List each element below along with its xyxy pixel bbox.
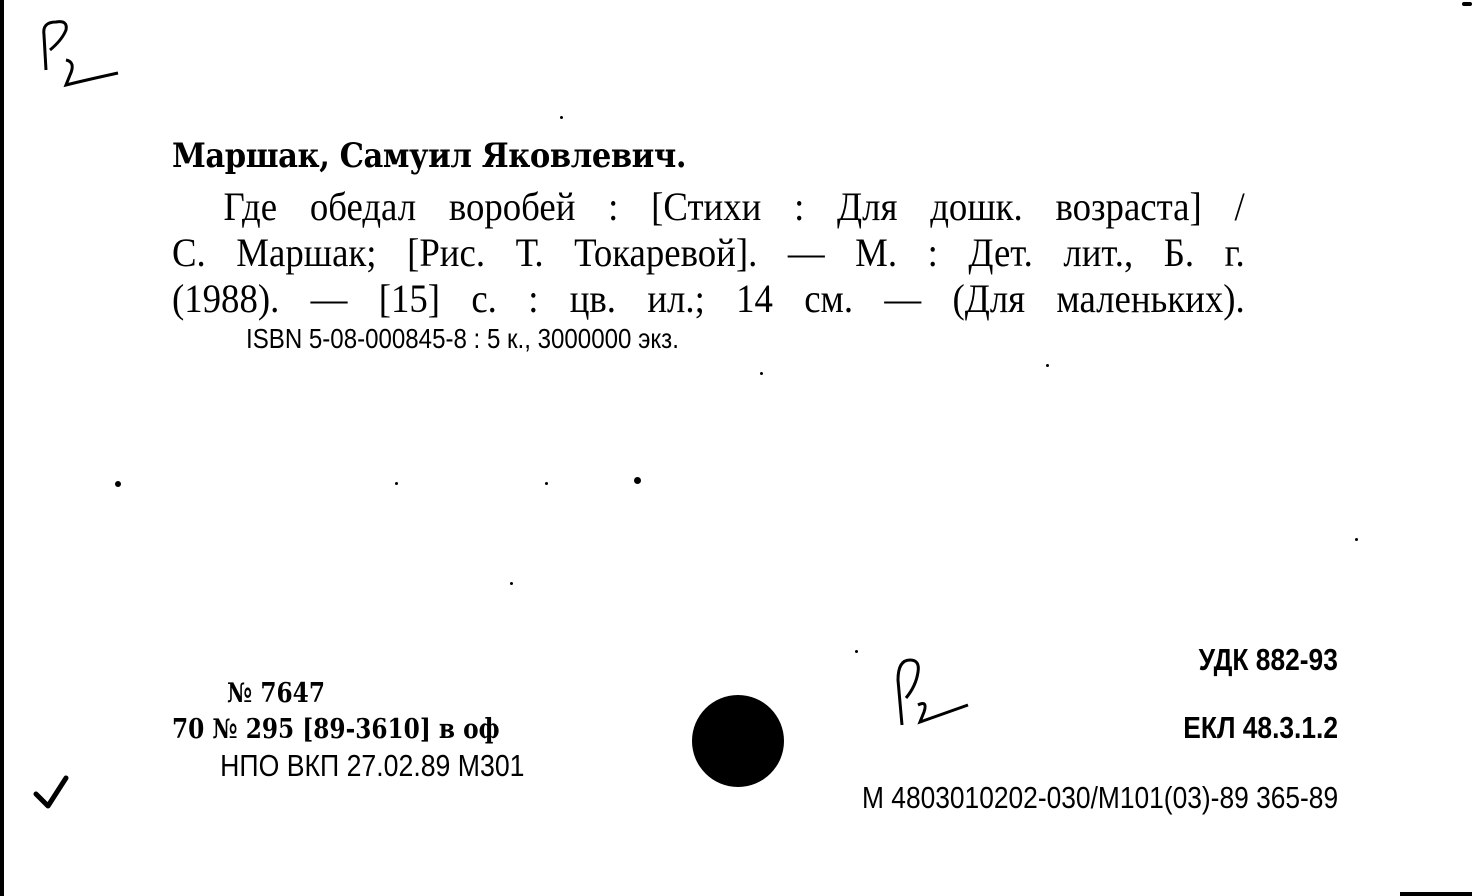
speck [560,116,563,119]
number-line: № 7647 [172,676,524,712]
card-left-edge [0,0,4,896]
description-line: С. Маршак; [Рис. Т. Токаревой]. — М. : Д… [172,230,1245,276]
speck [545,482,548,485]
speck [115,481,121,487]
bibliographic-description: Где обедал воробей : [Стихи : Для дошк. … [172,184,1245,322]
speck [1046,364,1049,367]
card-bottom-edge [1400,892,1472,896]
punch-hole-stamp [692,695,784,787]
description-line: Где обедал воробей : [Стихи : Для дошк. … [172,184,1245,230]
publication-block: № 7647 70 № 295 [89-3610] в оф НПО ВКП 2… [172,676,524,784]
author-heading: Маршак, Самуил Яковлевич. [172,136,686,176]
printer-line: НПО ВКП 27.02.89 М301 [172,748,524,784]
speck [760,372,763,375]
speck [1355,538,1358,541]
speck [395,482,398,485]
handwritten-mark-bottom-icon [888,650,978,735]
isbn-line: ISBN 5-08-000845-8 : 5 к., 3000000 экз. [246,323,679,355]
catalog-card: Маршак, Самуил Яковлевич. Где обедал вор… [0,0,1472,896]
ekl-code: ЕКЛ 48.3.1.2 [1183,710,1338,746]
catalog-code: М 4803010202-030/М101(03)-89 365-89 [862,780,1338,816]
checkmark-icon [32,772,72,816]
scan-mark [1462,2,1472,6]
udk-code: УДК 882-93 [1199,642,1338,678]
speck [634,477,641,484]
handwritten-mark-top-icon [36,10,126,90]
description-line: (1988). — [15] с. : цв. ил.; 14 см. — (Д… [172,276,1245,322]
speck [855,650,858,653]
speck [510,582,513,585]
order-line: 70 № 295 [89-3610] в оф [172,712,524,748]
